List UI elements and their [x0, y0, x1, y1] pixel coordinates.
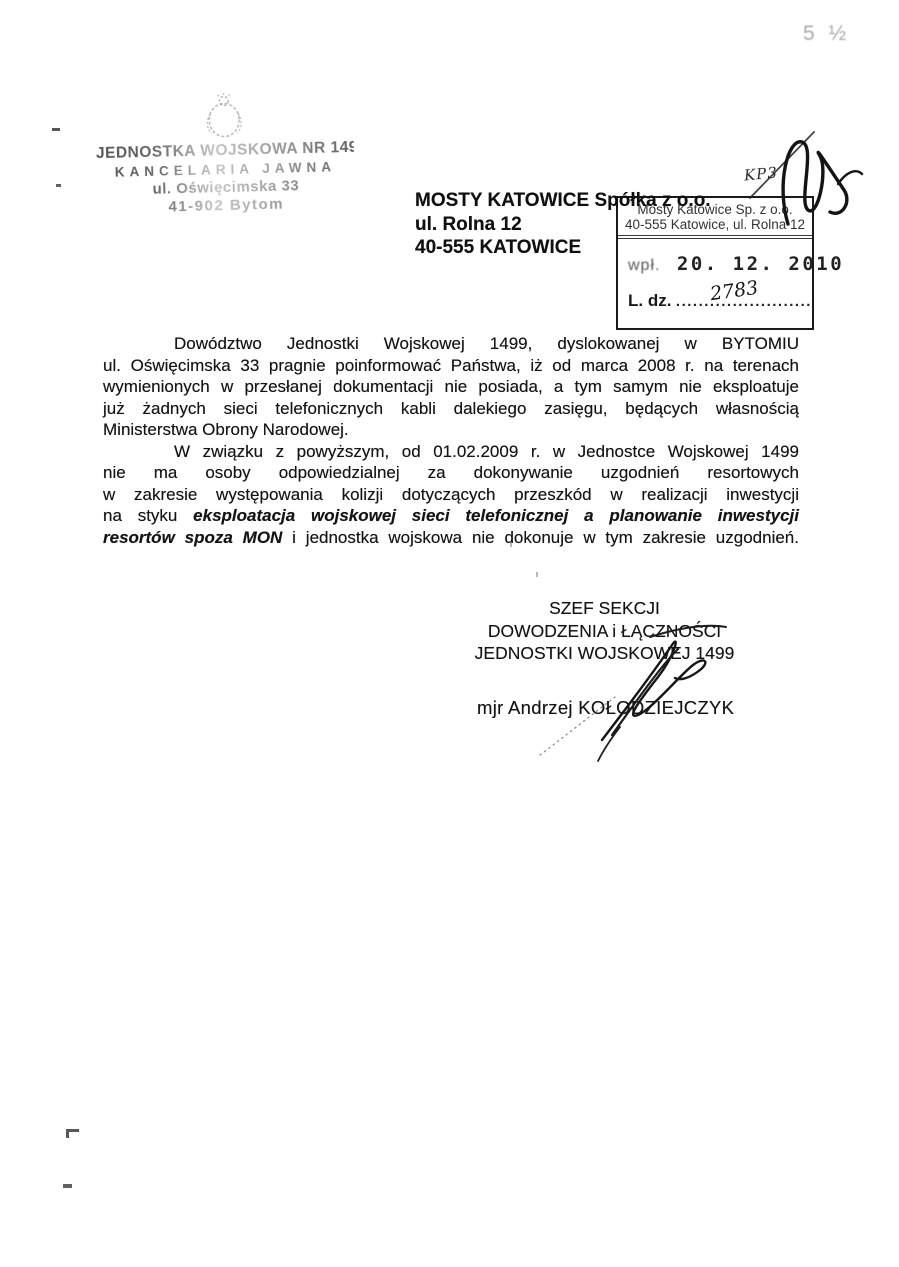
- eagle-emblem-icon: [198, 91, 251, 140]
- paragraph: Dowództwo Jednostki Wojskowej 1499, dysl…: [103, 333, 799, 441]
- paragraph-line: ul. Oświęcimska 33 pragnie poinformować …: [103, 355, 799, 377]
- scan-artifact: [66, 1129, 79, 1138]
- paragraph-line: w zakresie występowania kolizji dotycząc…: [103, 484, 799, 506]
- scan-artifact: [63, 1184, 72, 1188]
- reference-label: L. dz.: [628, 291, 671, 310]
- military-unit-ink-stamp: JEDNOSTKA WOJSKOWA NR 1499 KANCELARIA JA…: [95, 89, 356, 218]
- text-segment: W związku z powyższym, od 01.02.2009 r. …: [174, 442, 799, 461]
- scan-artifact: [510, 543, 512, 547]
- scanned-letter-page: 5 ½ JEDNOSTKA WOJSKOWA NR 1499 KANCELARI…: [0, 0, 899, 1267]
- scan-artifact: [536, 572, 538, 577]
- emphasized-text-segment: resortów spoza MON: [103, 528, 282, 547]
- text-segment: w zakresie występowania kolizji dotycząc…: [103, 485, 799, 504]
- text-segment: już żadnych sieci telefonicznych kabli d…: [103, 399, 799, 418]
- paragraph-line: wymienionych w przesłanej dokumentacji n…: [103, 376, 799, 398]
- text-segment: wymienionych w przesłanej dokumentacji n…: [103, 377, 799, 396]
- paragraph-line: W związku z powyższym, od 01.02.2009 r. …: [103, 441, 799, 463]
- recipient-city: 40-555 KATOWICE: [415, 236, 711, 260]
- text-segment: nie ma osoby odpowiedzialnej za dokonywa…: [103, 463, 799, 482]
- recipient-address-block: MOSTY KATOWICE Spółka z o.o. ul. Rolna 1…: [415, 189, 711, 260]
- paragraph: W związku z powyższym, od 01.02.2009 r. …: [103, 441, 799, 549]
- page-number-pencil-mark: 5 ½: [803, 22, 850, 46]
- text-segment: Ministerstwa Obrony Narodowej.: [103, 420, 349, 439]
- reference-number-row: L. dz. ........................ 2783: [618, 291, 812, 311]
- paragraph-line: już żadnych sieci telefonicznych kabli d…: [103, 398, 799, 420]
- body-paragraphs: Dowództwo Jednostki Wojskowej 1499, dysl…: [103, 333, 799, 548]
- paragraph-line: nie ma osoby odpowiedzialnej za dokonywa…: [103, 462, 799, 484]
- handwritten-signature-top-icon: [742, 122, 899, 240]
- text-segment: Dowództwo Jednostki Wojskowej 1499, dysl…: [174, 334, 799, 353]
- text-segment: na styku: [103, 506, 193, 525]
- text-segment: i jednostka wojskowa nie dokonuje w tym …: [282, 528, 799, 547]
- paragraph-line: na styku eksploatacja wojskowej sieci te…: [103, 505, 799, 527]
- paragraph-line: Ministerstwa Obrony Narodowej.: [103, 419, 799, 441]
- recipient-name: MOSTY KATOWICE Spółka z o.o.: [415, 189, 711, 213]
- scan-artifact: [52, 128, 60, 131]
- emphasized-text-segment: eksploatacja wojskowej sieci telefoniczn…: [193, 506, 799, 525]
- text-segment: ul. Oświęcimska 33 pragnie poinformować …: [103, 356, 799, 375]
- handwritten-signature-bottom-icon: [530, 615, 740, 765]
- scan-artifact: [56, 184, 61, 187]
- recipient-street: ul. Rolna 12: [415, 213, 711, 237]
- received-label: wpł.: [628, 257, 660, 274]
- paragraph-line: Dowództwo Jednostki Wojskowej 1499, dysl…: [103, 333, 799, 355]
- paragraph-line: resortów spoza MON i jednostka wojskowa …: [103, 527, 799, 549]
